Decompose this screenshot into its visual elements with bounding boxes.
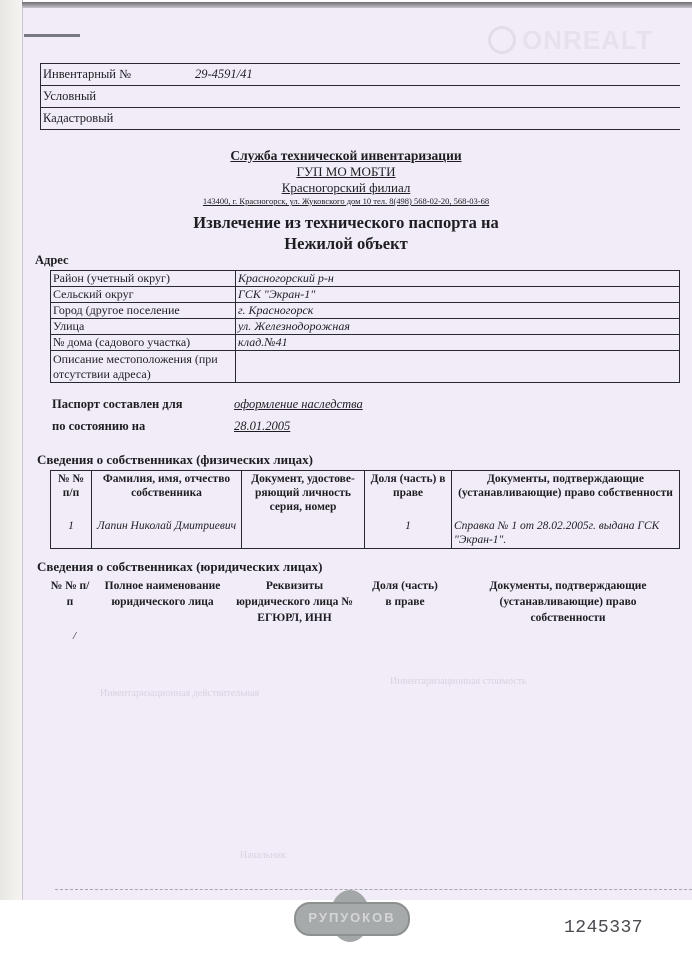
column-header: Документ, удостове-ряющий личность серия… <box>242 471 365 516</box>
table-row: 1 Лапин Николай Дмитриевич 1 Справка № 1… <box>51 515 680 549</box>
scanner-edge <box>0 0 23 900</box>
address-label: № дома (садового участка) <box>51 335 236 351</box>
inventory-label: Инвентарный № <box>41 64 194 86</box>
show-through-text: Инвентаризационная стоимость <box>390 676 527 687</box>
address-label: Город (другое поселение <box>51 303 236 319</box>
page-fold-mark <box>24 34 80 37</box>
conditional-number <box>193 86 680 108</box>
column-header: Документы, подтверждающие (устанавливающ… <box>468 578 668 626</box>
cadastral-label: Кадастровый <box>41 108 194 130</box>
address-row: Улица ул. Железнодорожная <box>51 319 680 335</box>
document-title-line-2: Нежилой объект <box>0 233 692 254</box>
address-row: Город (другое поселение г. Красногорск <box>51 303 680 319</box>
address-value: клад.№41 <box>236 335 680 351</box>
separator-line <box>55 889 692 890</box>
address-label: Описание местоположения (при отсутствии … <box>51 351 236 383</box>
address-heading: Адрес <box>35 253 69 268</box>
column-header: Фамилия, имя, отчество собственника <box>92 471 242 516</box>
address-row: № дома (садового участка) клад.№41 <box>51 335 680 351</box>
column-header: № № п/п <box>51 471 92 516</box>
cadastral-number <box>193 108 680 130</box>
column-header: Реквизиты юридического лица № ЕГЮРЛ, ИНН <box>232 578 357 626</box>
address-table: Район (учетный округ) Красногорский р-н … <box>50 270 680 383</box>
service-address: 143400, г. Красногорск, ул. Жуковского д… <box>0 196 692 206</box>
column-header: Документы, подтверждающие (устанавливающ… <box>452 471 680 516</box>
service-branch: Красногорский филиал <box>0 180 692 196</box>
table-header-row: № № п/п Фамилия, имя, отчество собственн… <box>51 471 680 516</box>
address-value <box>236 351 680 383</box>
address-row: Район (учетный округ) Красногорский р-н <box>51 271 680 287</box>
document-title: Извлечение из технического паспорта на Н… <box>0 212 692 254</box>
address-label: Район (учетный округ) <box>51 271 236 287</box>
show-through-text: Начальник <box>240 850 286 861</box>
passport-purpose-label: Паспорт составлен для <box>52 397 183 412</box>
address-label: Улица <box>51 319 236 335</box>
house-icon <box>488 26 516 54</box>
legal-owner-number: / <box>73 630 76 642</box>
column-header: № № п/п <box>50 578 90 610</box>
passport-purpose-value: оформление наследства <box>234 397 363 412</box>
address-value: г. Красногорск <box>236 303 680 319</box>
passport-date-value: 28.01.2005 <box>234 419 290 434</box>
document-title-line-1: Извлечение из технического паспорта на <box>0 212 692 233</box>
individual-owners-table: № № п/п Фамилия, имя, отчество собственн… <box>50 470 680 549</box>
conditional-label: Условный <box>41 86 194 108</box>
address-row: Сельский округ ГСК "Экран-1" <box>51 287 680 303</box>
inventory-number: 29-4591/41 <box>193 64 680 86</box>
show-through-text: Инвентаризационная действительная <box>100 688 259 699</box>
column-header: Доля (часть) в праве <box>365 471 452 516</box>
service-organization: ГУП МО МОБТИ <box>0 164 692 180</box>
serial-number: 1245337 <box>564 918 643 938</box>
owner-ownership-documents: Справка № 1 от 28.02.2005г. выдана ГСК "… <box>452 515 680 549</box>
address-row: Описание местоположения (при отсутствии … <box>51 351 680 383</box>
inventory-table: Инвентарный № 29-4591/41 Условный Кадаст… <box>40 63 680 130</box>
address-value: ул. Железнодорожная <box>236 319 680 335</box>
watermark: ONREALT <box>488 20 688 60</box>
address-value: Красногорский р-н <box>236 271 680 287</box>
column-header: Доля (часть) в праве <box>370 578 440 610</box>
watermark-brand: ONREALT <box>522 25 653 56</box>
conditional-row: Условный <box>41 86 681 108</box>
address-value: ГСК "Экран-1" <box>236 287 680 303</box>
owner-name: Лапин Николай Дмитриевич <box>92 515 242 549</box>
service-title: Служба технической инвентаризации <box>0 148 692 164</box>
individual-owners-heading: Сведения о собственниках (физических лиц… <box>37 452 313 468</box>
hologram-seal: РУПУОКОВ <box>294 902 410 936</box>
owner-id-document <box>242 515 365 549</box>
address-label: Сельский округ <box>51 287 236 303</box>
passport-date-label: по состоянию на <box>52 419 145 434</box>
legal-owners-heading: Сведения о собственниках (юридических ли… <box>37 559 323 575</box>
owner-share: 1 <box>365 515 452 549</box>
cadastral-row: Кадастровый <box>41 108 681 130</box>
owner-number: 1 <box>51 515 92 549</box>
column-header: Полное наименование юридического лица <box>95 578 230 610</box>
inventory-row: Инвентарный № 29-4591/41 <box>41 64 681 86</box>
